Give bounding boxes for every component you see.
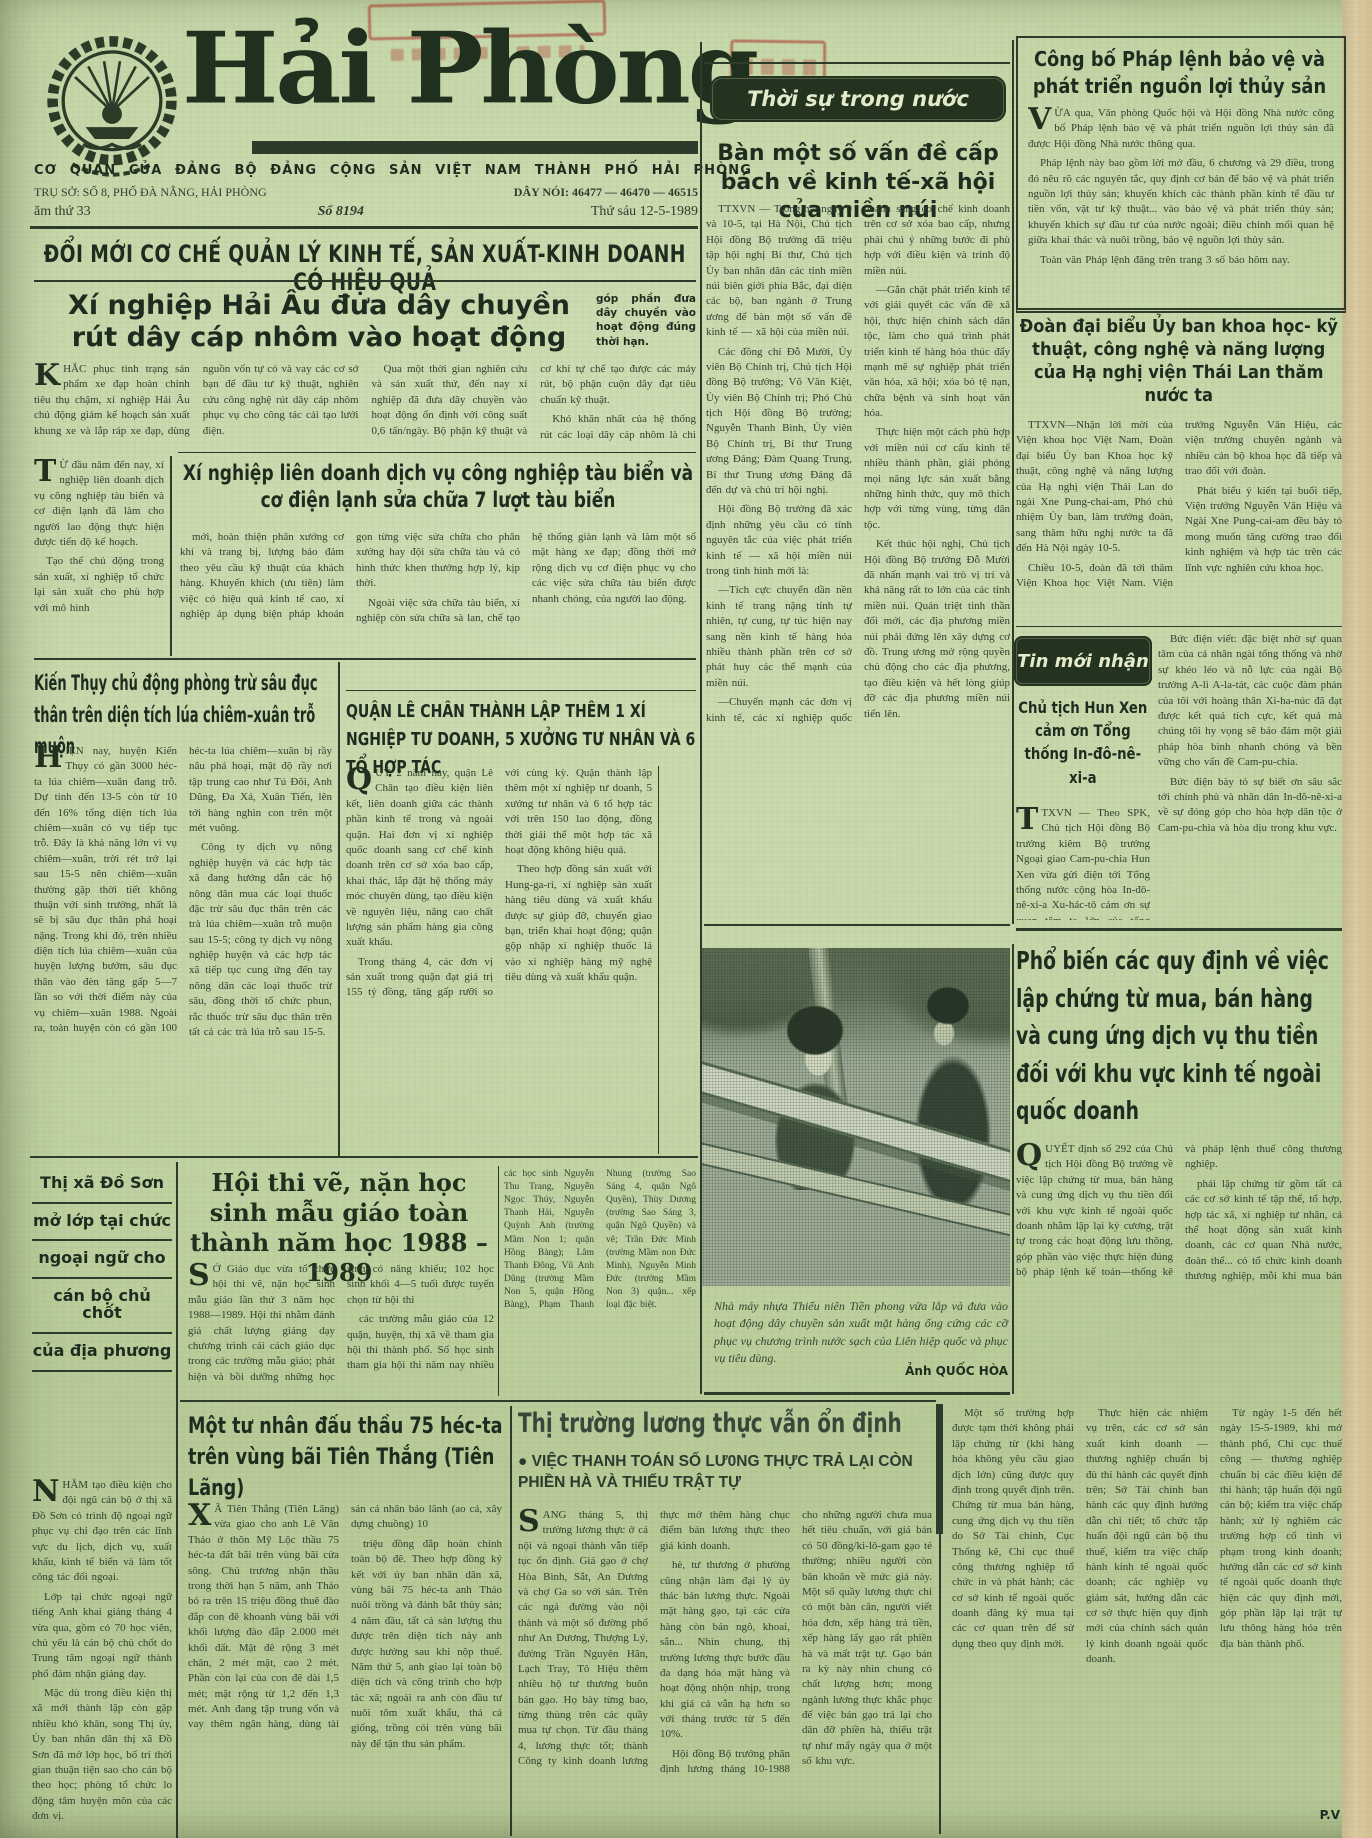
thailan-body: TTXVN—Nhận lời mời của Viện khoa học Việ… bbox=[1016, 418, 1342, 622]
caption-bottom-rule bbox=[704, 1392, 1010, 1395]
hunxen-headline: Chủ tịch Hun Xen cảm ơn Tổng thống In-đô… bbox=[1016, 696, 1150, 800]
doson-headline-line: ngoại ngữ cho bbox=[32, 1241, 172, 1279]
masthead-rule bbox=[30, 226, 698, 229]
phobien-credit: P.V bbox=[1240, 1808, 1340, 1822]
phobien-body-top: QUYẾT định số 292 của Chủ tịch Hội đồng … bbox=[1016, 1142, 1342, 1294]
thitruong-headline: Thị trường lương thực vẫn ổn định bbox=[518, 1408, 932, 1448]
masthead-phone: DÂY NÓI: 46477 — 46470 — 46515 bbox=[514, 185, 698, 200]
haiau-bottom-rule bbox=[178, 452, 696, 453]
bottom-right-thin-bar bbox=[939, 1534, 941, 1834]
kienthuy-body: HIỆN nay, huyện Kiến Thụy có gần 3000 hé… bbox=[34, 744, 332, 1152]
lechan-top-rule bbox=[346, 690, 696, 691]
thitruong-body: SANG tháng 5, thị trường lương thực ở cả… bbox=[518, 1508, 932, 1830]
masthead-organ-line: CƠ QUAN CỦA ĐẢNG BỘ ĐẢNG CỘNG SẢN VIỆT N… bbox=[34, 163, 698, 178]
masthead-year: ăm thứ 33 bbox=[34, 204, 91, 220]
haiau-body: KHẮC phục tình trạng sản phẩm xe đạp hoà… bbox=[34, 362, 696, 454]
tunhan-body: XÃ Tiên Thắng (Tiên Lãng) vừa giao cho a… bbox=[188, 1502, 502, 1832]
masthead-date: Thứ sáu 12-5-1989 bbox=[591, 204, 698, 220]
doson-headline-line: của địa phương bbox=[32, 1334, 172, 1372]
lechan-right-rule bbox=[658, 766, 659, 1154]
doson-headline: Thị xã Đồ Sơn mở lớp tại chức ngoại ngữ … bbox=[32, 1166, 172, 1372]
lechan-headline: QUẬN LÊ CHÂN THÀNH LẬP THÊM 1 XÍ NGHIỆP … bbox=[346, 698, 698, 760]
section-banner-underline bbox=[34, 280, 696, 282]
bottom-section-rule bbox=[180, 1400, 936, 1402]
phaplenh-headline: Công bố Pháp lệnh bảo vệ và phát triển n… bbox=[1026, 46, 1336, 100]
doson-top-rule bbox=[30, 1156, 698, 1158]
doson-headline-line: mở lớp tại chức bbox=[32, 1204, 172, 1242]
hoithi-names: các học sinh Nguyễn Thu Trang, Nguyễn Ng… bbox=[504, 1168, 696, 1398]
masthead-title: Hải Phòng bbox=[182, 18, 712, 121]
masthead-meta-row: ăm thứ 33 Số 8194 Thứ sáu 12-5-1989 bbox=[34, 204, 698, 220]
liendoanh-col-rule bbox=[170, 456, 172, 656]
hoithi-body: SỞ Giáo dục vừa tổ chức hội thi vẽ, nặn … bbox=[188, 1262, 494, 1396]
masthead-underline-bar bbox=[252, 141, 698, 154]
phobien-headline: Phổ biến các quy định về việc lập chứng … bbox=[1016, 942, 1342, 1138]
liendoanh-lead: TỪ đầu năm đến nay, xí nghiệp liên doanh… bbox=[34, 458, 164, 656]
haiau-headline: Xí nghiệp Hải Âu đưa dây chuyền rút dây … bbox=[58, 290, 580, 355]
photo-credit: Ảnh QUỐC HÒA bbox=[714, 1364, 1008, 1378]
thailan-bottom-rule bbox=[1016, 626, 1342, 627]
newspaper-page: Hải Phòng CƠ QUAN CỦA ĐẢNG BỘ ĐẢNG CỘNG … bbox=[0, 0, 1372, 1838]
doson-headline-line: cán bộ chủ chốt bbox=[32, 1279, 172, 1334]
masthead-issue: Số 8194 bbox=[318, 204, 364, 220]
tunhan-headline: Một tư nhân đấu thầu 75 héc-ta trên vùng… bbox=[188, 1412, 504, 1496]
hunxen-body: Bức điện viết: đặc biệt nhờ sự quan tâm … bbox=[1158, 632, 1342, 922]
doson-body: NHẰM tạo điều kiện cho đội ngũ cán bộ ở … bbox=[32, 1478, 172, 1830]
thoisu-top-rule bbox=[704, 62, 1010, 64]
photo-caption: Nhà máy nhựa Thiếu niên Tiền phong vừa l… bbox=[714, 1298, 1008, 1368]
scan-edge-strip bbox=[1342, 0, 1372, 1838]
masthead-address: TRỤ SỞ: SỐ 8, PHỐ ĐÀ NẴNG, HẢI PHÒNG bbox=[34, 185, 267, 200]
masthead-info-row: TRỤ SỞ: SỐ 8, PHỐ ĐÀ NẴNG, HẢI PHÒNG DÂY… bbox=[34, 185, 698, 200]
hunxen-lead: TTXVN — Theo SPK, Chủ tịch Hội đồng Bộ t… bbox=[1016, 806, 1150, 920]
lechan-body: QUÝ 2 năm nay, quận Lê Chân tạo điều kiệ… bbox=[346, 766, 652, 1154]
liendoanh-body: mới, hoàn thiện phân xưởng cơ khí và tra… bbox=[180, 530, 696, 656]
tinmoinhan-banner: Tin mới nhận bbox=[1016, 638, 1150, 684]
bottom-right-heavy-bar bbox=[936, 1404, 943, 1534]
thoisu-body: TTXVN — Trong hai ngày 9 và 10-5, tại Hà… bbox=[706, 202, 1010, 920]
news-photo bbox=[702, 948, 1010, 1286]
liendoanh-headline: Xí nghiệp liên doanh dịch vụ công nghiệp… bbox=[180, 460, 696, 522]
tunhan-right-rule bbox=[510, 1406, 512, 1836]
col-rule-mid-right bbox=[1012, 40, 1014, 924]
thoisu-bottom-rule bbox=[704, 924, 1010, 926]
hunxen-bottom-rule bbox=[1016, 928, 1342, 931]
kienthuy-lechan-rule bbox=[338, 662, 340, 1156]
phaplenh-body: VỪA qua, Văn phòng Quốc hội và Hội đồng … bbox=[1028, 106, 1334, 298]
col-rule-mid-right-lower bbox=[1012, 944, 1014, 1394]
phobien-body-bottom: Một số trường hợp được tạm thời không ph… bbox=[952, 1406, 1342, 1806]
hoithi-names-rule bbox=[498, 1166, 499, 1396]
doson-col-rule bbox=[176, 1162, 178, 1838]
phaplenh-box: Công bố Pháp lệnh bảo vệ và phát triển n… bbox=[1016, 36, 1346, 313]
haiau-sidenote: góp phần đưa dây chuyền vào hoạt động đú… bbox=[596, 292, 696, 349]
photo-halftone-overlay bbox=[702, 948, 1010, 1286]
thitruong-subhead: ● VIỆC THANH TOÁN SỐ LƯ0NG THỰC TRẢ LẠI … bbox=[518, 1452, 932, 1494]
kienthuy-headline: Kiến Thụy chủ động phòng trừ sâu đục thâ… bbox=[34, 668, 332, 736]
mid-left-rule bbox=[34, 658, 696, 660]
thailan-headline: Đoàn đại biểu Ủy ban khoa học- kỹ thuật,… bbox=[1016, 316, 1342, 412]
doson-headline-line: Thị xã Đồ Sơn bbox=[32, 1166, 172, 1204]
thoisu-banner: Thời sự trong nước bbox=[712, 78, 1004, 120]
section-banner: ĐỔI MỚI CƠ CHẾ QUẢN LÝ KINH TẾ, SẢN XUẤT… bbox=[34, 240, 696, 276]
